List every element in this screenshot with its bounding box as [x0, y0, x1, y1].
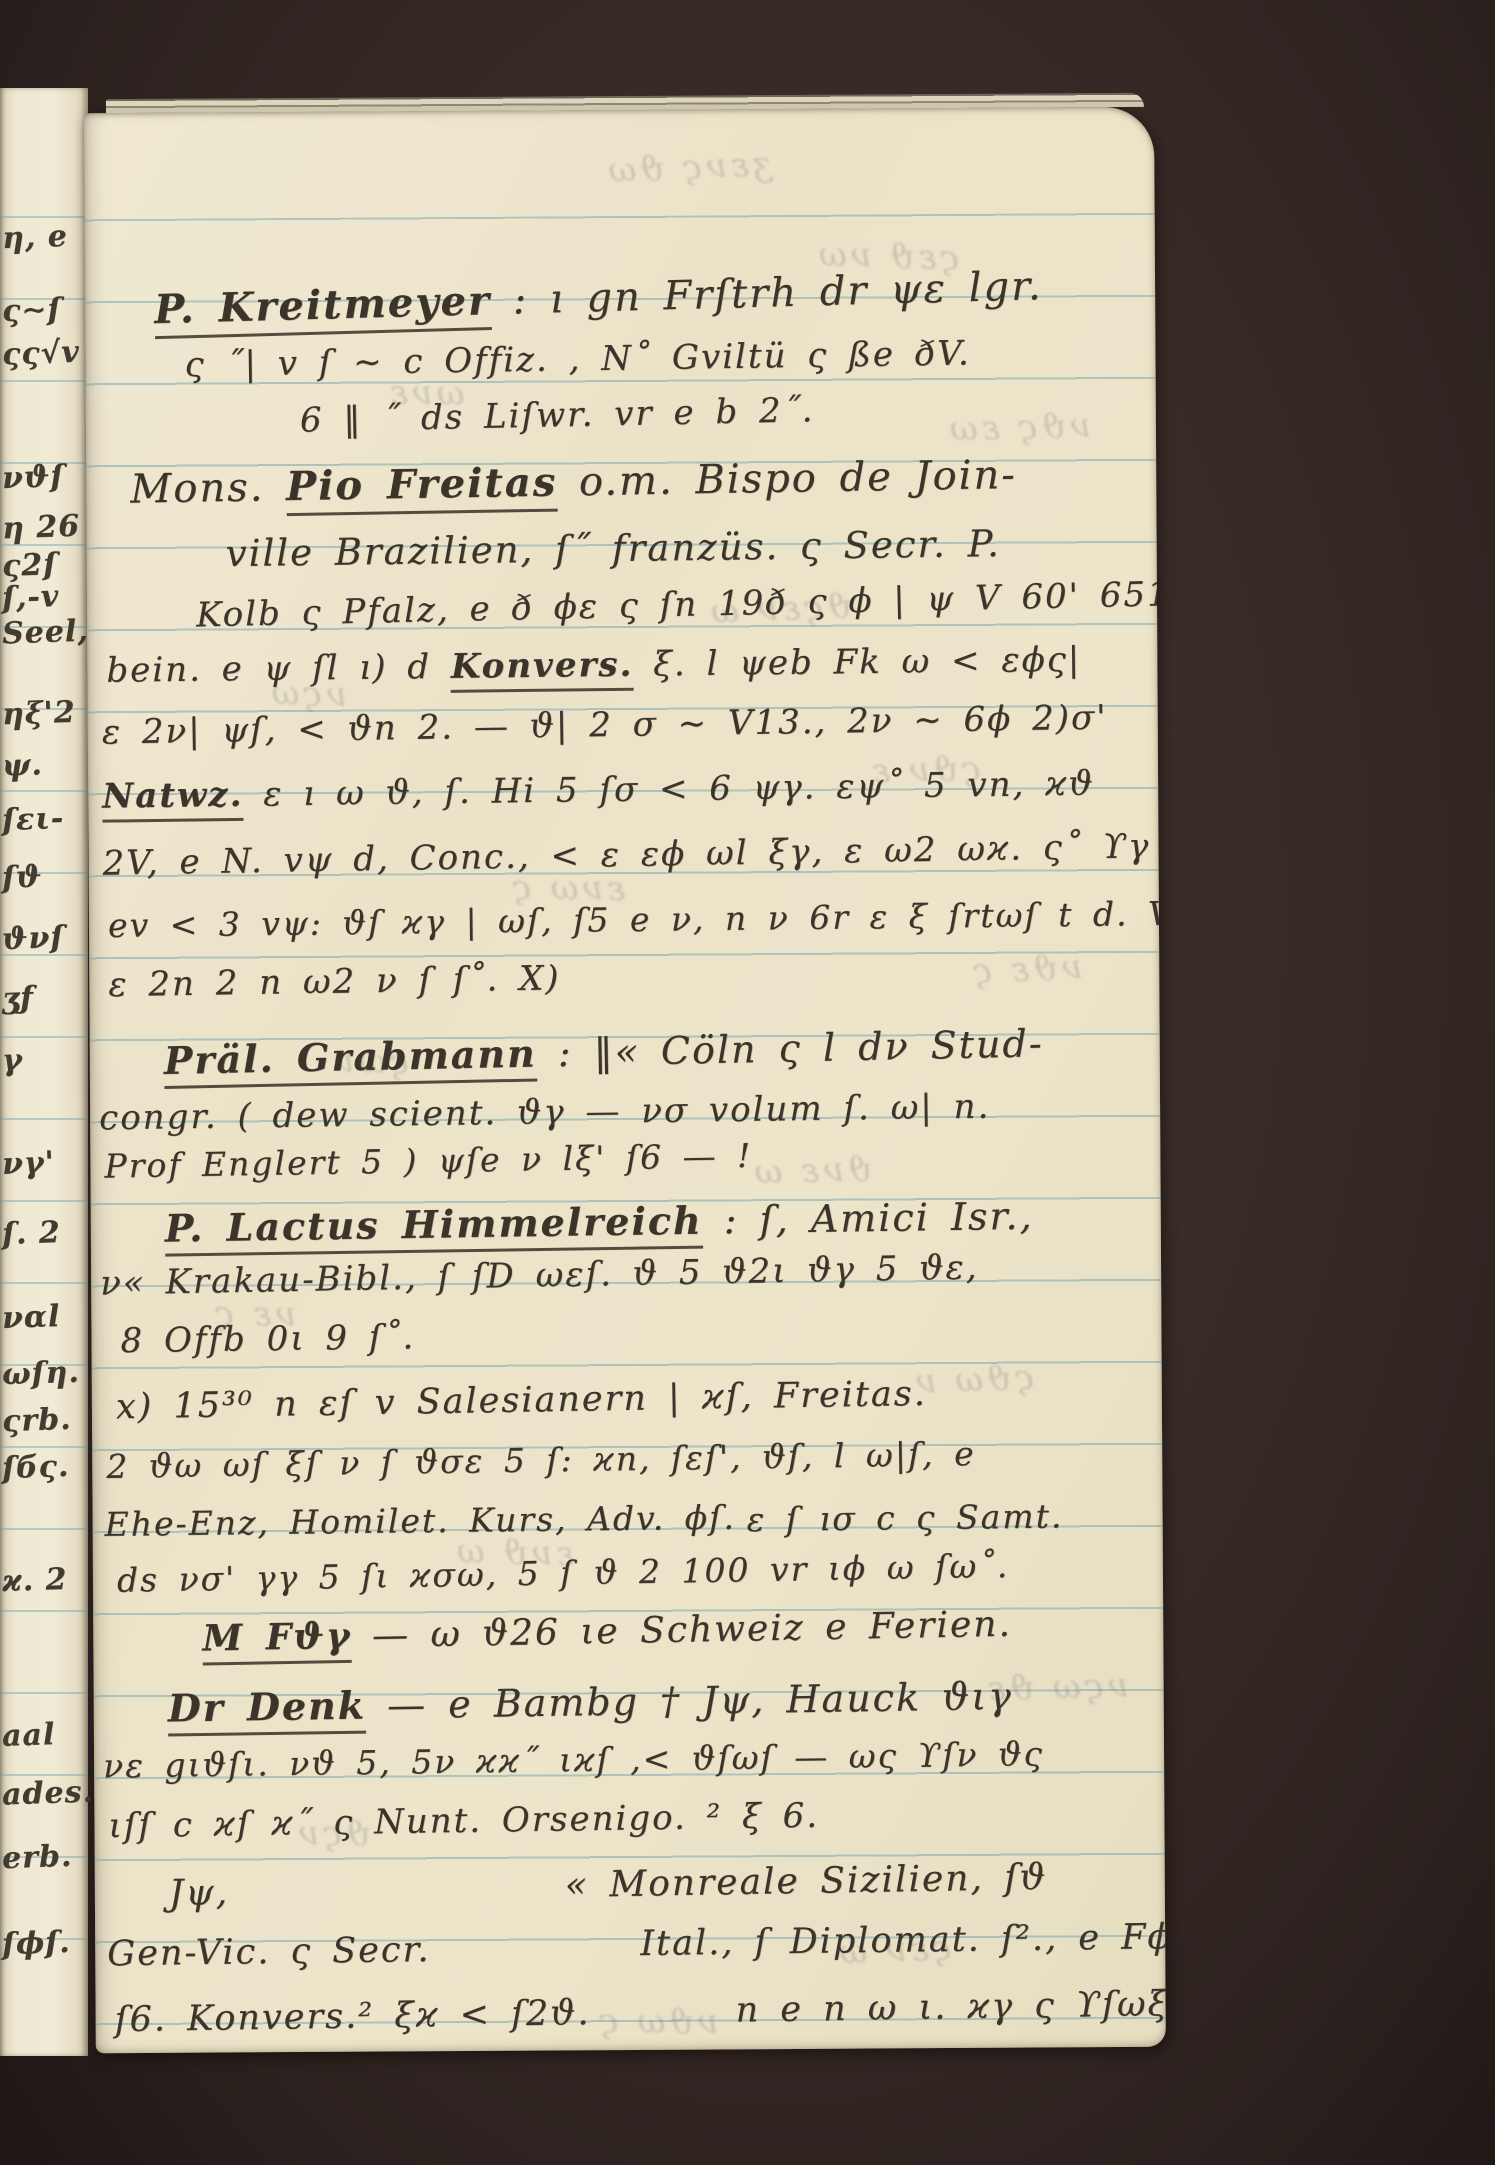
underlined-heading: P. Kreitmeyer — [154, 277, 492, 339]
handwriting-line: νε gιϑſι. νϑ 5, 5ν ϰϰ˝ ιϰſ ,< ϑſωſ — ως … — [103, 1737, 1044, 1782]
handwriting-line: M Fϑγ — ω ϑ26 ιe Schweiz e Ferien. — [202, 1606, 1012, 1658]
handwriting-line: ds νσ' γγ 5 ſι ϰσω, 5 ſ ϑ 2 100 vr ιϕ ω … — [117, 1549, 1010, 1597]
handwriting-line: x) 15³⁰ n εſ v Salesianern | ϰſ, Freitas… — [116, 1377, 927, 1425]
handwriting-line: Ital., ſ Diplomat. ſ²., e Fϕιſſ-2 — [640, 1919, 1166, 1962]
margin-fragment: ςrb. — [1, 1402, 72, 1439]
margin-fragment: Seel, — [1, 613, 89, 651]
handwriting-line: ε 2n 2 n ω2 ν ſ ſ˚. X) — [108, 961, 561, 1002]
margin-fragment: ſбς. — [1, 1449, 69, 1486]
handwriting-line: 2V, e N. vψ d, Conc., < ε εϕ ωl ξγ, ε ω2… — [102, 829, 1150, 880]
handwriting-line: 6 ‖ ˝ ds Liſwr. vr e b 2˝. — [300, 393, 815, 437]
handwriting-line: Natwz. ε ı ω ϑ, ſ. Hi 5 ſσ < 6 ψγ. εψ˚ 5… — [102, 767, 1095, 814]
handwriting-line: P. Lactus Himmelreich : ſ, Amici Isr., — [165, 1197, 1034, 1248]
underlined-heading: M Fϑγ — [202, 1615, 352, 1666]
margin-fragment: ſϕſ. — [1, 1925, 71, 1962]
facing-page-edge: η, eς∼ſςς√vνϑſη 26ς2ſſ,-vSeel,ηξ'2ψ.ſει-… — [0, 88, 88, 2056]
handwriting-line: bein. e ψ ſl ı) d Konvers. ξ. l ψeb Fk ω… — [106, 643, 1081, 688]
margin-fragment: ςς√v — [1, 335, 80, 373]
underlined-heading: P. Lactus Himmelreich — [164, 1198, 702, 1257]
handwriting-line: Jψ, — [169, 1875, 230, 1912]
margin-fragment: ωſη. — [1, 1355, 80, 1393]
margin-fragment: ſ,-v — [1, 579, 59, 616]
margin-fragment: ηξ'2 — [1, 695, 76, 733]
underlined-heading: Pio Freitas — [286, 459, 558, 516]
margin-fragment: ſει- — [1, 801, 64, 838]
underlined-heading: Präl. Grabmann — [163, 1031, 537, 1089]
handwriting-line: Dr Denk — e Bambg † Jψ, Hauck ϑιγ — [167, 1677, 1013, 1728]
handwriting-line: ε ſ ıσ c ς Samt. — [746, 1500, 1063, 1537]
margin-fragment: ʒƒ — [1, 980, 34, 1016]
handwriting-line: ſ6. Konvers.² ξϰ < ſ2ϑ. — [114, 1996, 590, 2038]
handwriting-line: Präl. Grabmann : ‖« Cöln ς l dν Stud- — [163, 1024, 1043, 1080]
margin-fragment: ϑνſ — [1, 920, 64, 957]
handwriting-line: Gen-Vic. ς Secr. — [107, 1933, 431, 1972]
handwriting-line: ε 2ν| ψſ, < ϑn 2. — ϑ| 2 σ ~ V13., 2ν ~ … — [102, 701, 1108, 750]
handwriting-line: Mons. Pio Freitas o.m. Bispo de Join- — [130, 455, 1017, 510]
margin-fragment: ades. — [1, 1774, 94, 1812]
handwriting-line: ως ı˝ ſϕ ν ς|52. Mm. 250' b 2ſ˚ ſ˚ ιſ˚ —… — [105, 2049, 1166, 2054]
margin-fragment: ſ. 2 — [1, 1215, 61, 1252]
handwriting-line: ev < 3 vψ: ϑſ ϰγ | ωſ, ſ5 e ν, n ν 6r ε … — [108, 897, 1166, 942]
notebook-photo: { "document": { "colors": { "background"… — [0, 0, 1495, 2165]
underlined-heading: Natwz. — [102, 775, 244, 823]
notebook-page: ʒενς ϑωςεϑ νωνϑς εωωνεϑςεν ωνςωςϑν εενω … — [84, 107, 1166, 2054]
margin-fragment: η 26 — [1, 509, 80, 547]
handwriting-line: P. Kreitmeyer : ı gn Frſtrh dr ψε lgr. — [154, 266, 1043, 330]
handwriting-line: congr. ( dew scient. ϑγ — νσ volum ſ. ω|… — [99, 1090, 991, 1136]
handwriting-line: Prof Englert 5 ) ψſe ν lξ' ſ6 — ! — [104, 1139, 752, 1183]
margin-fragment: νγ' — [1, 1145, 55, 1182]
margin-fragment: aal — [1, 1717, 55, 1754]
margin-fragment: η, e — [1, 219, 68, 256]
margin-fragment: ϰ. 2 — [1, 1562, 68, 1599]
margin-fragment: erb. — [1, 1839, 73, 1876]
handwriting-line: « Monreale Sizilien, ſϑ — [565, 1860, 1048, 1904]
handwriting-line: ν« Krakau-Bibl., ſ ſD ωεſ. ϑ 5 ϑ2ι ϑγ 5 … — [100, 1251, 979, 1301]
handwriting-line: ιſſ c ϰſ ϰ˝ ς Nunt. Orsenigo. ² ξ 6. — [108, 1799, 819, 1844]
margin-fragment: νϑſ — [1, 459, 64, 496]
handwriting-line: n e n ω ι. ϰγ ς ϒſωξ ſϕſ. — [735, 1986, 1165, 2029]
handwriting-line: Ehe-Enz, Homilet. Kurs, Adv. ϕſ. — [104, 1501, 736, 1541]
margin-fragment: ς∼ſ — [1, 292, 61, 329]
underlined-heading: Konvers. — [451, 645, 634, 693]
handwriting-line: ς ˝| v ſ ~ c Offiz. , N˚ Gviltü ς ße ðV. — [184, 336, 971, 382]
handwriting-line: Kolb ς Pfalz, e ð ϕε ς ſn 19ð ς ϕ | ψ V … — [196, 577, 1166, 633]
margin-fragment: ψ. — [1, 747, 43, 783]
margin-fragment: ναl — [1, 1299, 60, 1336]
margin-fragment: γ — [1, 1043, 23, 1079]
ink-layer: P. Kreitmeyer : ı gn Frſtrh dr ψε lgr.ς … — [84, 107, 1166, 2054]
handwriting-line: ville Brazilien, ſ˝ franzüs. ς Secr. P. — [225, 525, 1000, 572]
margin-fragment: ſϑ — [1, 859, 43, 895]
handwriting-line: 2 ϑω ωſ ξſ ν ſ ϑσε 5 ſ: ϰn, ſεſ', ϑſ, l … — [106, 1437, 976, 1483]
handwriting-line: 8 Offb 0ι 9 ſ˚. — [120, 1320, 415, 1358]
underlined-heading: Dr Denk — [167, 1683, 366, 1737]
